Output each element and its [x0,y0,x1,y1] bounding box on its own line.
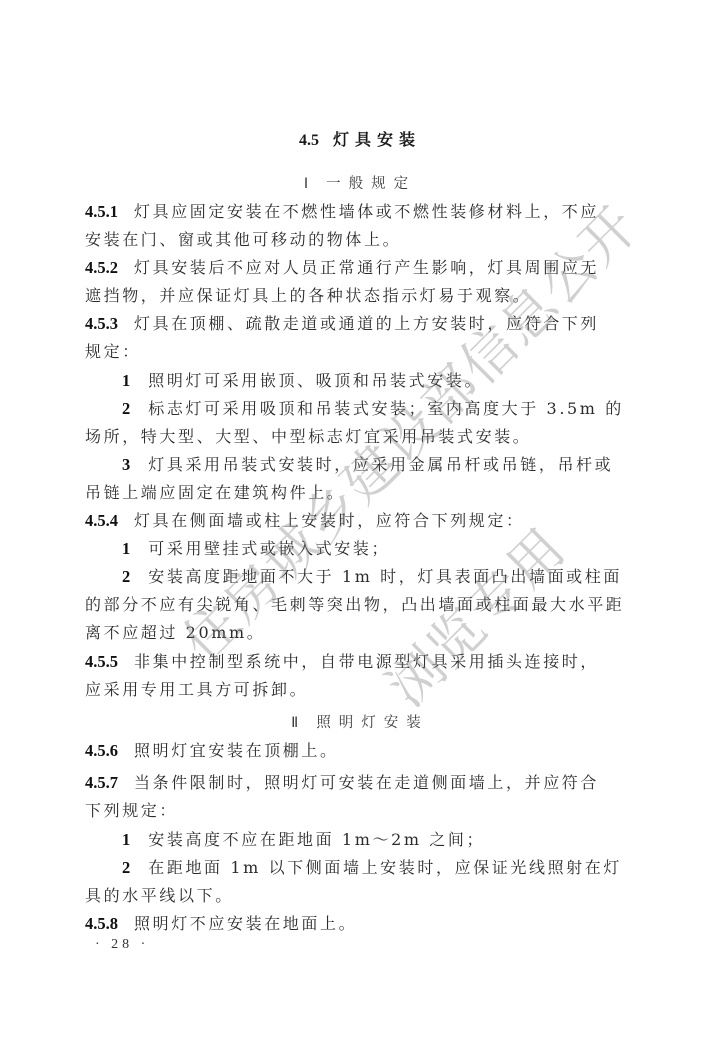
clause-line: 4.5.2灯具安装后不应对人员正常通行产生影响，灯具周围应无 [85,258,645,278]
item-text: 具的水平线以下。 [85,886,234,905]
page-number: · 28 · [95,937,149,953]
clause-text: 安装在门、窗或其他可移动的物体上。 [85,230,401,249]
item-number: 2 [122,567,130,586]
clause-line: 4.5.6照明灯宜安装在顶棚上。 [85,741,645,761]
clause-number: 4.5.8 [85,914,118,933]
list-item: 2标志灯可采用吸顶和吊装式安装；室内高度大于 3.5m 的 [122,399,682,419]
continuation-line: 应采用专用工具方可拆卸。 [85,680,645,700]
item-number: 1 [122,539,130,558]
item-text: 场所，特大型、大型、中型标志灯宜采用吊装式安装。 [85,427,531,446]
item-number: 2 [122,399,130,418]
clause-line: 4.5.3灯具在顶棚、疏散走道或通道的上方安装时，应符合下列 [85,314,645,334]
section-title: 4.5灯具安装 [0,127,720,150]
clause-number: 4.5.3 [85,314,118,333]
subsection-title: 一般规定 [326,176,416,192]
clause-text: 下列规定： [85,801,178,820]
clause-text: 灯具应固定安装在不燃性墙体或不燃性装修材料上，不应 [134,202,599,221]
clause-text: 照明灯不应安装在地面上。 [134,914,357,933]
subsection-roman-numeral: Ⅰ [304,176,308,192]
item-text: 安装高度距地面不大于 1m 时，灯具表面凸出墙面或柱面 [148,567,622,586]
item-text: 在距地面 1m 以下侧面墙上安装时，应保证光线照射在灯 [148,858,622,877]
item-text: 可采用壁挂式或嵌入式安装； [148,539,390,558]
clause-text: 遮挡物，并应保证灯具上的各种状态指示灯易于观察。 [85,286,531,305]
list-item: 2在距地面 1m 以下侧面墙上安装时，应保证光线照射在灯 [122,858,682,878]
clause-text: 当条件限制时，照明灯可安装在走道侧面墙上，并应符合 [134,773,599,792]
item-text: 离不应超过 20mm。 [85,623,265,642]
clause-text: 规定： [85,342,141,361]
clause-text: 非集中控制型系统中，自带电源型灯具采用插头连接时， [134,652,599,671]
list-item: 3灯具采用吊装式安装时，应采用金属吊杆或吊链，吊杆或 [122,455,682,475]
item-text: 的部分不应有尖锐角、毛刺等突出物，凸出墙面或柱面最大水平距 [85,595,624,614]
clause-number: 4.5.4 [85,511,118,530]
item-text: 安装高度不应在距地面 1m～2m 之间； [148,830,485,849]
clause-line: 4.5.7当条件限制时，照明灯可安装在走道侧面墙上，并应符合 [85,773,645,793]
clause-text: 灯具安装后不应对人员正常通行产生影响，灯具周围应无 [134,258,599,277]
item-number: 2 [122,858,130,877]
clause-text: 灯具在顶棚、疏散走道或通道的上方安装时，应符合下列 [134,314,599,333]
continuation-line: 的部分不应有尖锐角、毛刺等突出物，凸出墙面或柱面最大水平距 [85,595,645,615]
clause-number: 4.5.2 [85,258,118,277]
item-text: 照明灯可采用嵌顶、吸顶和吊装式安装。 [148,371,483,390]
clause-line: 4.5.1灯具应固定安装在不燃性墙体或不燃性装修材料上，不应 [85,202,645,222]
list-item: 1安装高度不应在距地面 1m～2m 之间； [122,830,682,850]
item-text: 灯具采用吊装式安装时，应采用金属吊杆或吊链，吊杆或 [148,455,613,474]
continuation-line: 具的水平线以下。 [85,886,645,906]
item-number: 1 [122,830,130,849]
clause-text: 应采用专用工具方可拆卸。 [85,680,308,699]
section-number: 4.5 [299,132,319,149]
continuation-line: 规定： [85,342,645,362]
item-number: 1 [122,371,130,390]
continuation-line: 离不应超过 20mm。 [85,623,645,643]
continuation-line: 吊链上端应固定在建筑构件上。 [85,483,645,503]
subsection-heading-lighting: Ⅱ照明灯安装 [0,711,720,732]
subsection-roman-numeral: Ⅱ [291,715,298,731]
section-title-text: 灯具安装 [333,130,421,149]
continuation-line: 遮挡物，并应保证灯具上的各种状态指示灯易于观察。 [85,286,645,306]
document-page: 4.5灯具安装 Ⅰ一般规定 4.5.1灯具应固定安装在不燃性墙体或不燃性装修材料… [0,0,720,1043]
list-item: 2安装高度距地面不大于 1m 时，灯具表面凸出墙面或柱面 [122,567,682,587]
continuation-line: 安装在门、窗或其他可移动的物体上。 [85,230,645,250]
item-text: 吊链上端应固定在建筑构件上。 [85,483,345,502]
continuation-line: 场所，特大型、大型、中型标志灯宜采用吊装式安装。 [85,427,645,447]
item-text: 标志灯可采用吸顶和吊装式安装；室内高度大于 3.5m 的 [148,399,624,418]
clause-number: 4.5.6 [85,741,118,760]
list-item: 1可采用壁挂式或嵌入式安装； [122,539,682,559]
clause-line: 4.5.8照明灯不应安装在地面上。 [85,914,645,934]
clause-text: 照明灯宜安装在顶棚上。 [134,741,339,760]
clause-number: 4.5.5 [85,652,118,671]
clause-number: 4.5.1 [85,202,118,221]
list-item: 1照明灯可采用嵌顶、吸顶和吊装式安装。 [122,371,682,391]
clause-text: 灯具在侧面墙或柱上安装时，应符合下列规定： [134,511,525,530]
item-number: 3 [122,455,130,474]
subsection-heading-general: Ⅰ一般规定 [0,172,720,193]
continuation-line: 下列规定： [85,801,645,821]
subsection-title: 照明灯安装 [316,715,429,731]
clause-number: 4.5.7 [85,773,118,792]
clause-line: 4.5.5非集中控制型系统中，自带电源型灯具采用插头连接时， [85,652,645,672]
clause-line: 4.5.4灯具在侧面墙或柱上安装时，应符合下列规定： [85,511,645,531]
